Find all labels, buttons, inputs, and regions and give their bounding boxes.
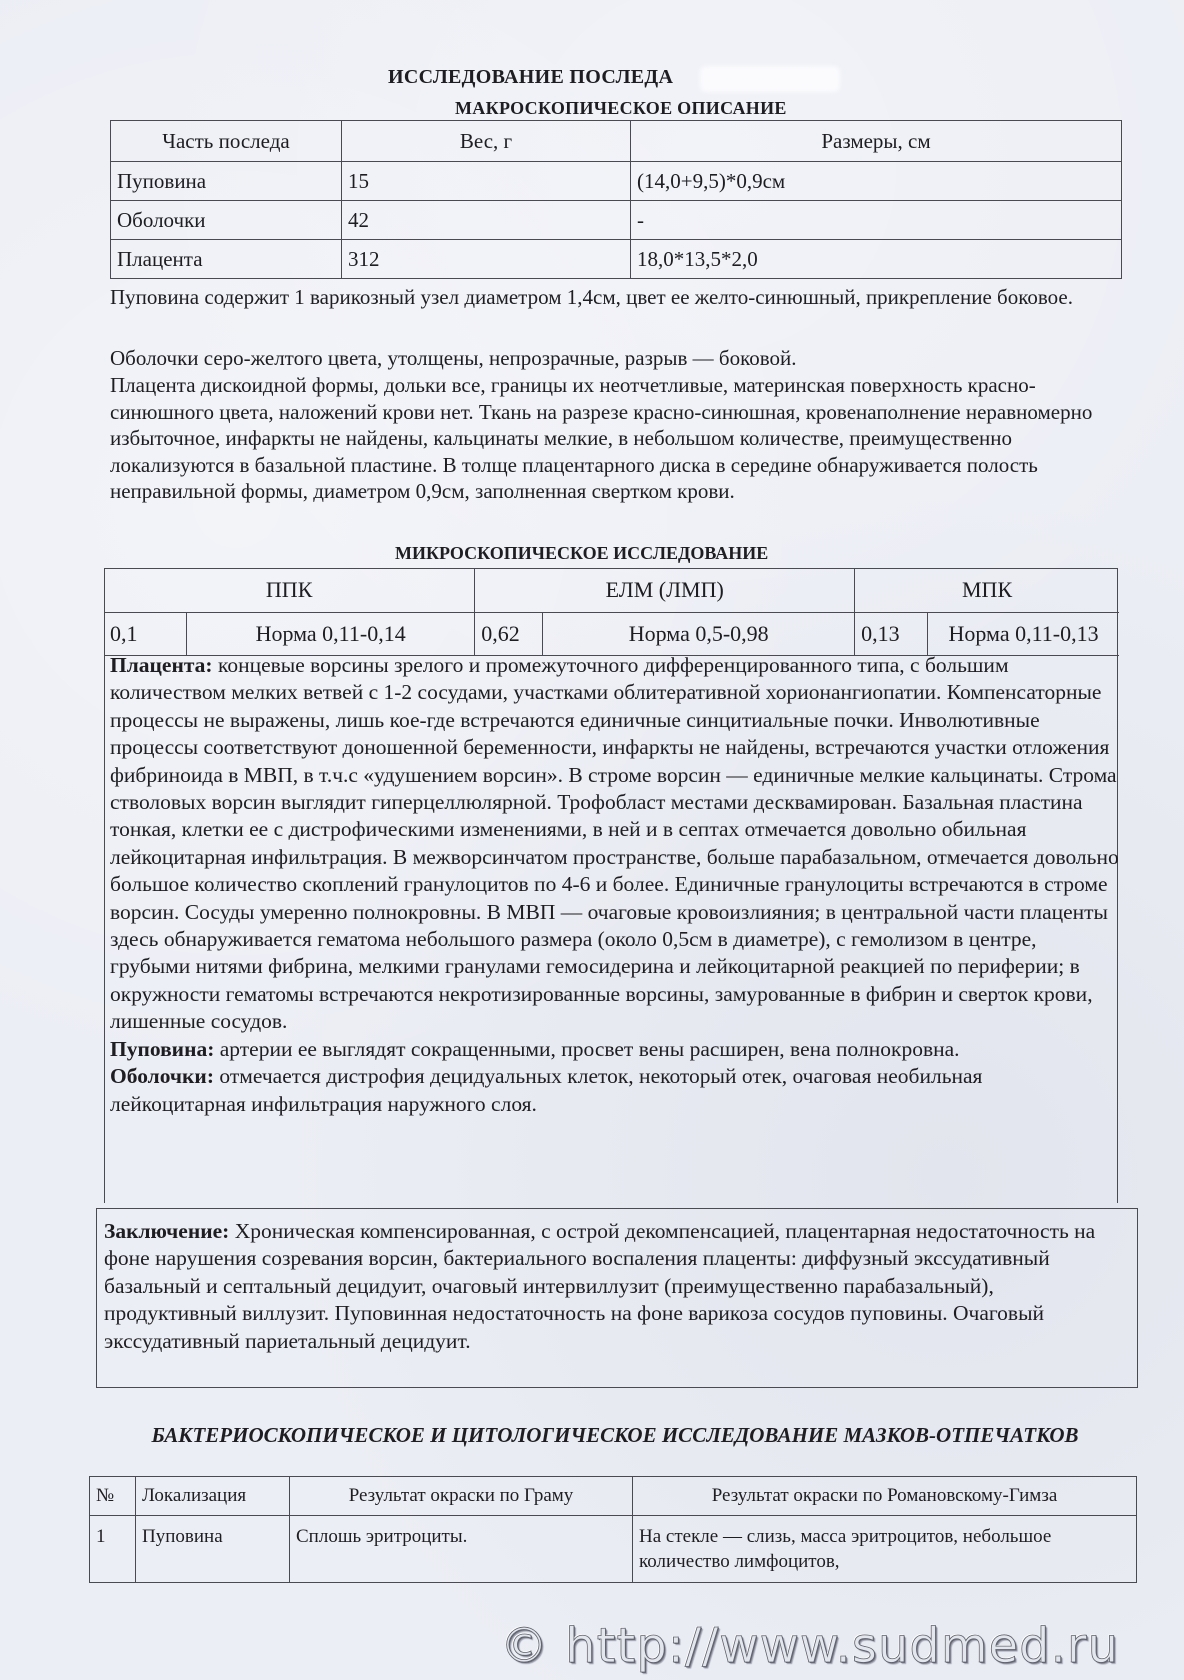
- micro-indices-values: 0,1 Норма 0,11-0,14 0,62 Норма 0,5-0,98 …: [104, 613, 1119, 656]
- index-value: 0,62: [475, 613, 543, 656]
- table-cell: Оболочки: [111, 201, 342, 240]
- index-name-mpk: МПК: [855, 568, 1119, 613]
- table-cell: 42: [342, 201, 631, 240]
- macro-table-header: Часть последа Вес, г Размеры, см: [111, 121, 1122, 162]
- index-norm: Норма 0,11-0,14: [187, 613, 475, 656]
- micro-membranes-text: отмечается дистрофия децидуальных клеток…: [110, 1064, 982, 1115]
- column-header: Результат окраски по Романовскому-Гимза: [633, 1477, 1137, 1516]
- macro-table: Часть последа Вес, г Размеры, см Пуповин…: [110, 120, 1122, 279]
- micro-placenta-text: концевые ворсины зрелого и промежуточног…: [110, 653, 1119, 1033]
- micro-indices-table: ППК ЕЛМ (ЛМП) МПК 0,1 Норма 0,11-0,14 0,…: [104, 568, 1119, 656]
- macro-section-title: МАКРОСКОПИЧЕСКОЕ ОПИСАНИЕ: [455, 98, 787, 119]
- micro-membranes-paragraph: Оболочки: отмечается дистрофия децидуаль…: [110, 1063, 1120, 1118]
- index-norm: Норма 0,5-0,98: [543, 613, 855, 656]
- document-title: ИССЛЕДОВАНИЕ ПОСЛЕДА: [388, 66, 673, 89]
- micro-membranes-label: Оболочки:: [110, 1064, 214, 1088]
- micro-placenta-label: Плацента:: [110, 653, 213, 677]
- micro-description: Плацента: концевые ворсины зрелого и про…: [110, 652, 1120, 1118]
- column-header: Часть последа: [111, 121, 342, 162]
- conclusion: Заключение: Хроническая компенсированная…: [104, 1218, 1114, 1355]
- micro-indices-header: ППК ЕЛМ (ЛМП) МПК: [104, 568, 1119, 613]
- column-header: Результат окраски по Граму: [290, 1477, 633, 1516]
- bacterio-table: № Локализация Результат окраски по Граму…: [89, 1476, 1137, 1583]
- table-cell: На стекле — слизь, масса эритроцитов, не…: [633, 1516, 1137, 1583]
- index-name-ppk: ППК: [104, 568, 475, 613]
- redacted-name: [700, 66, 840, 92]
- column-header: Вес, г: [342, 121, 631, 162]
- column-header: №: [90, 1477, 136, 1516]
- table-cell: Сплошь эритроциты.: [290, 1516, 633, 1583]
- bacterio-section-title: БАКТЕРИОСКОПИЧЕСКОЕ И ЦИТОЛОГИЧЕСКОЕ ИСС…: [120, 1422, 1110, 1449]
- micro-cord-paragraph: Пуповина: артерии ее выглядят сокращенны…: [110, 1036, 1120, 1063]
- macro-placenta-description: Плацента дискоидной формы, дольки все, г…: [110, 372, 1120, 505]
- table-cell: (14,0+9,5)*0,9см: [631, 162, 1122, 201]
- table-cell: Пуповина: [111, 162, 342, 201]
- table-cell: 312: [342, 240, 631, 279]
- table-row: Плацента 312 18,0*13,5*2,0: [111, 240, 1122, 279]
- micro-cord-text: артерии ее выглядят сокращенными, просве…: [214, 1037, 959, 1061]
- index-name-elm: ЕЛМ (ЛМП): [475, 568, 855, 613]
- watermark: © http://www.sudmed.ru: [500, 1618, 1119, 1674]
- table-row: Оболочки 42 -: [111, 201, 1122, 240]
- micro-placenta-paragraph: Плацента: концевые ворсины зрелого и про…: [110, 652, 1120, 1036]
- column-header: Локализация: [136, 1477, 290, 1516]
- index-value: 0,13: [855, 613, 928, 656]
- macro-cord-description: Пуповина содержит 1 варикозный узел диам…: [110, 284, 1120, 311]
- table-cell: 1: [90, 1516, 136, 1583]
- index-value: 0,1: [104, 613, 187, 656]
- table-cell: 18,0*13,5*2,0: [631, 240, 1122, 279]
- table-row: Пуповина 15 (14,0+9,5)*0,9см: [111, 162, 1122, 201]
- table-cell: Плацента: [111, 240, 342, 279]
- table-cell: -: [631, 201, 1122, 240]
- micro-section-title: МИКРОСКОПИЧЕСКОЕ ИССЛЕДОВАНИЕ: [395, 543, 768, 564]
- bacterio-table-header: № Локализация Результат окраски по Граму…: [90, 1477, 1137, 1516]
- micro-cord-label: Пуповина:: [110, 1037, 214, 1061]
- macro-membranes-description: Оболочки серо-желтого цвета, утолщены, н…: [110, 345, 1120, 372]
- table-row: 1 Пуповина Сплошь эритроциты. На стекле …: [90, 1516, 1137, 1583]
- table-cell: Пуповина: [136, 1516, 290, 1583]
- column-header: Размеры, см: [631, 121, 1122, 162]
- table-cell: 15: [342, 162, 631, 201]
- index-norm: Норма 0,11-0,13: [928, 613, 1119, 656]
- conclusion-text: Хроническая компенсированная, с острой д…: [104, 1219, 1095, 1353]
- conclusion-label: Заключение:: [104, 1219, 229, 1243]
